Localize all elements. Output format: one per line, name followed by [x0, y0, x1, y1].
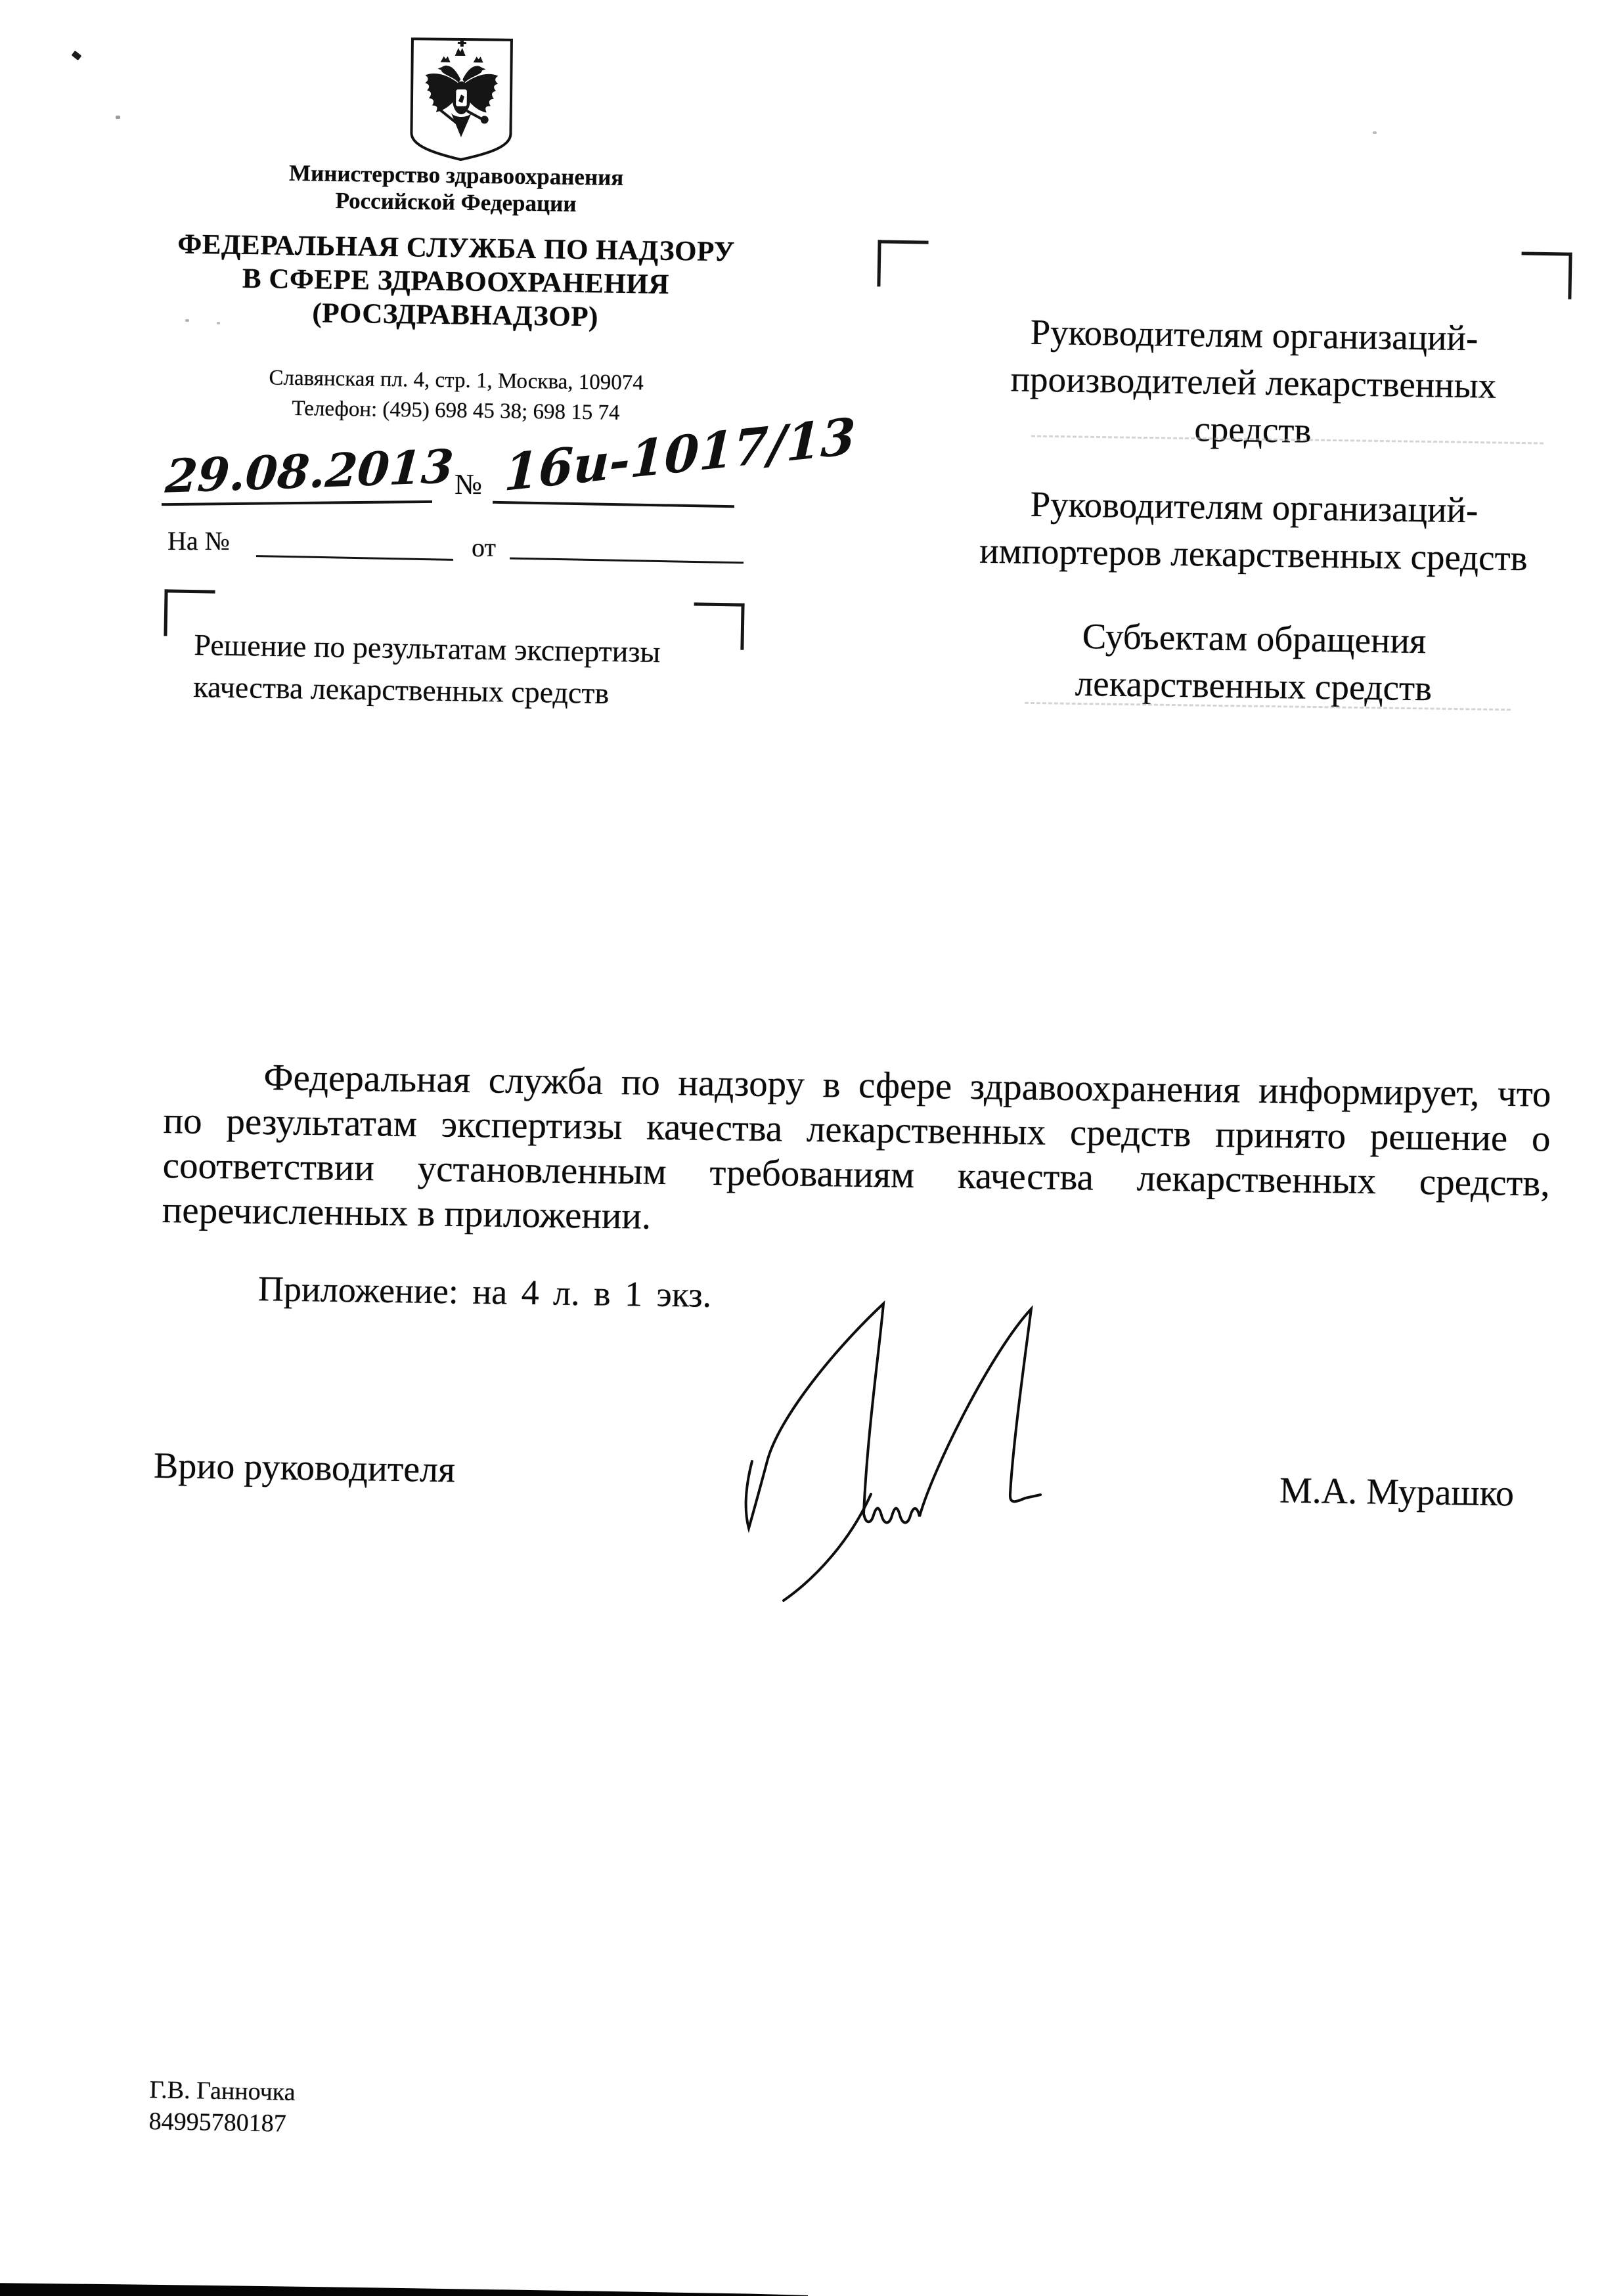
body-paragraph: Федеральная служба по надзору в сфере зд… [162, 1054, 1551, 1251]
scan-speck [1373, 131, 1377, 134]
recipient-line: средств [944, 402, 1562, 458]
scanned-letter-page: { "letterhead": { "ministry": ["Министер… [0, 0, 1623, 2296]
scan-smudge-artifact [0, 2274, 808, 2296]
recipient-line: импортеров лекарственных средств [945, 527, 1563, 583]
reply-number-blank [256, 555, 453, 561]
corner-mark [877, 240, 928, 287]
corner-mark [693, 602, 744, 650]
handwritten-date: 29.08.2013 [164, 439, 455, 504]
recipient-line: Субъектам обращения [945, 611, 1563, 667]
signer-name: М.А. Мурашко [1279, 1470, 1515, 1515]
letterhead-address-block: Славянская пл. 4, стр. 1, Москва, 109074… [157, 361, 755, 430]
coat-of-arms-icon [407, 35, 516, 163]
reply-date-blank [510, 558, 744, 564]
service-name: ФЕДЕРАЛЬНАЯ СЛУЖБА ПО НАДЗОРУ В СФЕРЕ ЗД… [156, 227, 755, 336]
subject-line2: качества лекарственных средств [193, 666, 660, 715]
contact-name: Г.В. Ганночка [149, 2074, 296, 2108]
number-underline [493, 501, 734, 508]
contact-phone: 84995780187 [148, 2106, 295, 2140]
signature [716, 1297, 1057, 1612]
subject: Решение по результатам экспертизы качест… [193, 624, 661, 715]
signer-position: Врио руководителя [154, 1445, 456, 1491]
subject-line1: Решение по результатам экспертизы [194, 624, 661, 673]
reply-number-label: На № [167, 525, 230, 556]
scan-speck [72, 51, 82, 60]
corner-mark [1521, 252, 1572, 299]
reply-from-label: от [472, 532, 496, 563]
recipient-block-subjects: Субъектам обращения лекарственных средст… [945, 611, 1563, 714]
attachment-note: Приложение: на 4 л. в 1 экз. [258, 1268, 712, 1315]
scan-speck [116, 116, 120, 119]
recipient-line: Руководителям организаций- [945, 479, 1563, 535]
recipient-line: производителей лекарственных [945, 355, 1563, 410]
recipient-block-importers: Руководителям организаций- импортеров ле… [945, 479, 1563, 583]
recipient-line: Руководителям организаций- [945, 307, 1563, 363]
number-sign: № [455, 468, 482, 501]
ministry-name: Министерство здравоохранения Российской … [157, 158, 755, 220]
contact-block: Г.В. Ганночка 84995780187 [148, 2074, 296, 2140]
